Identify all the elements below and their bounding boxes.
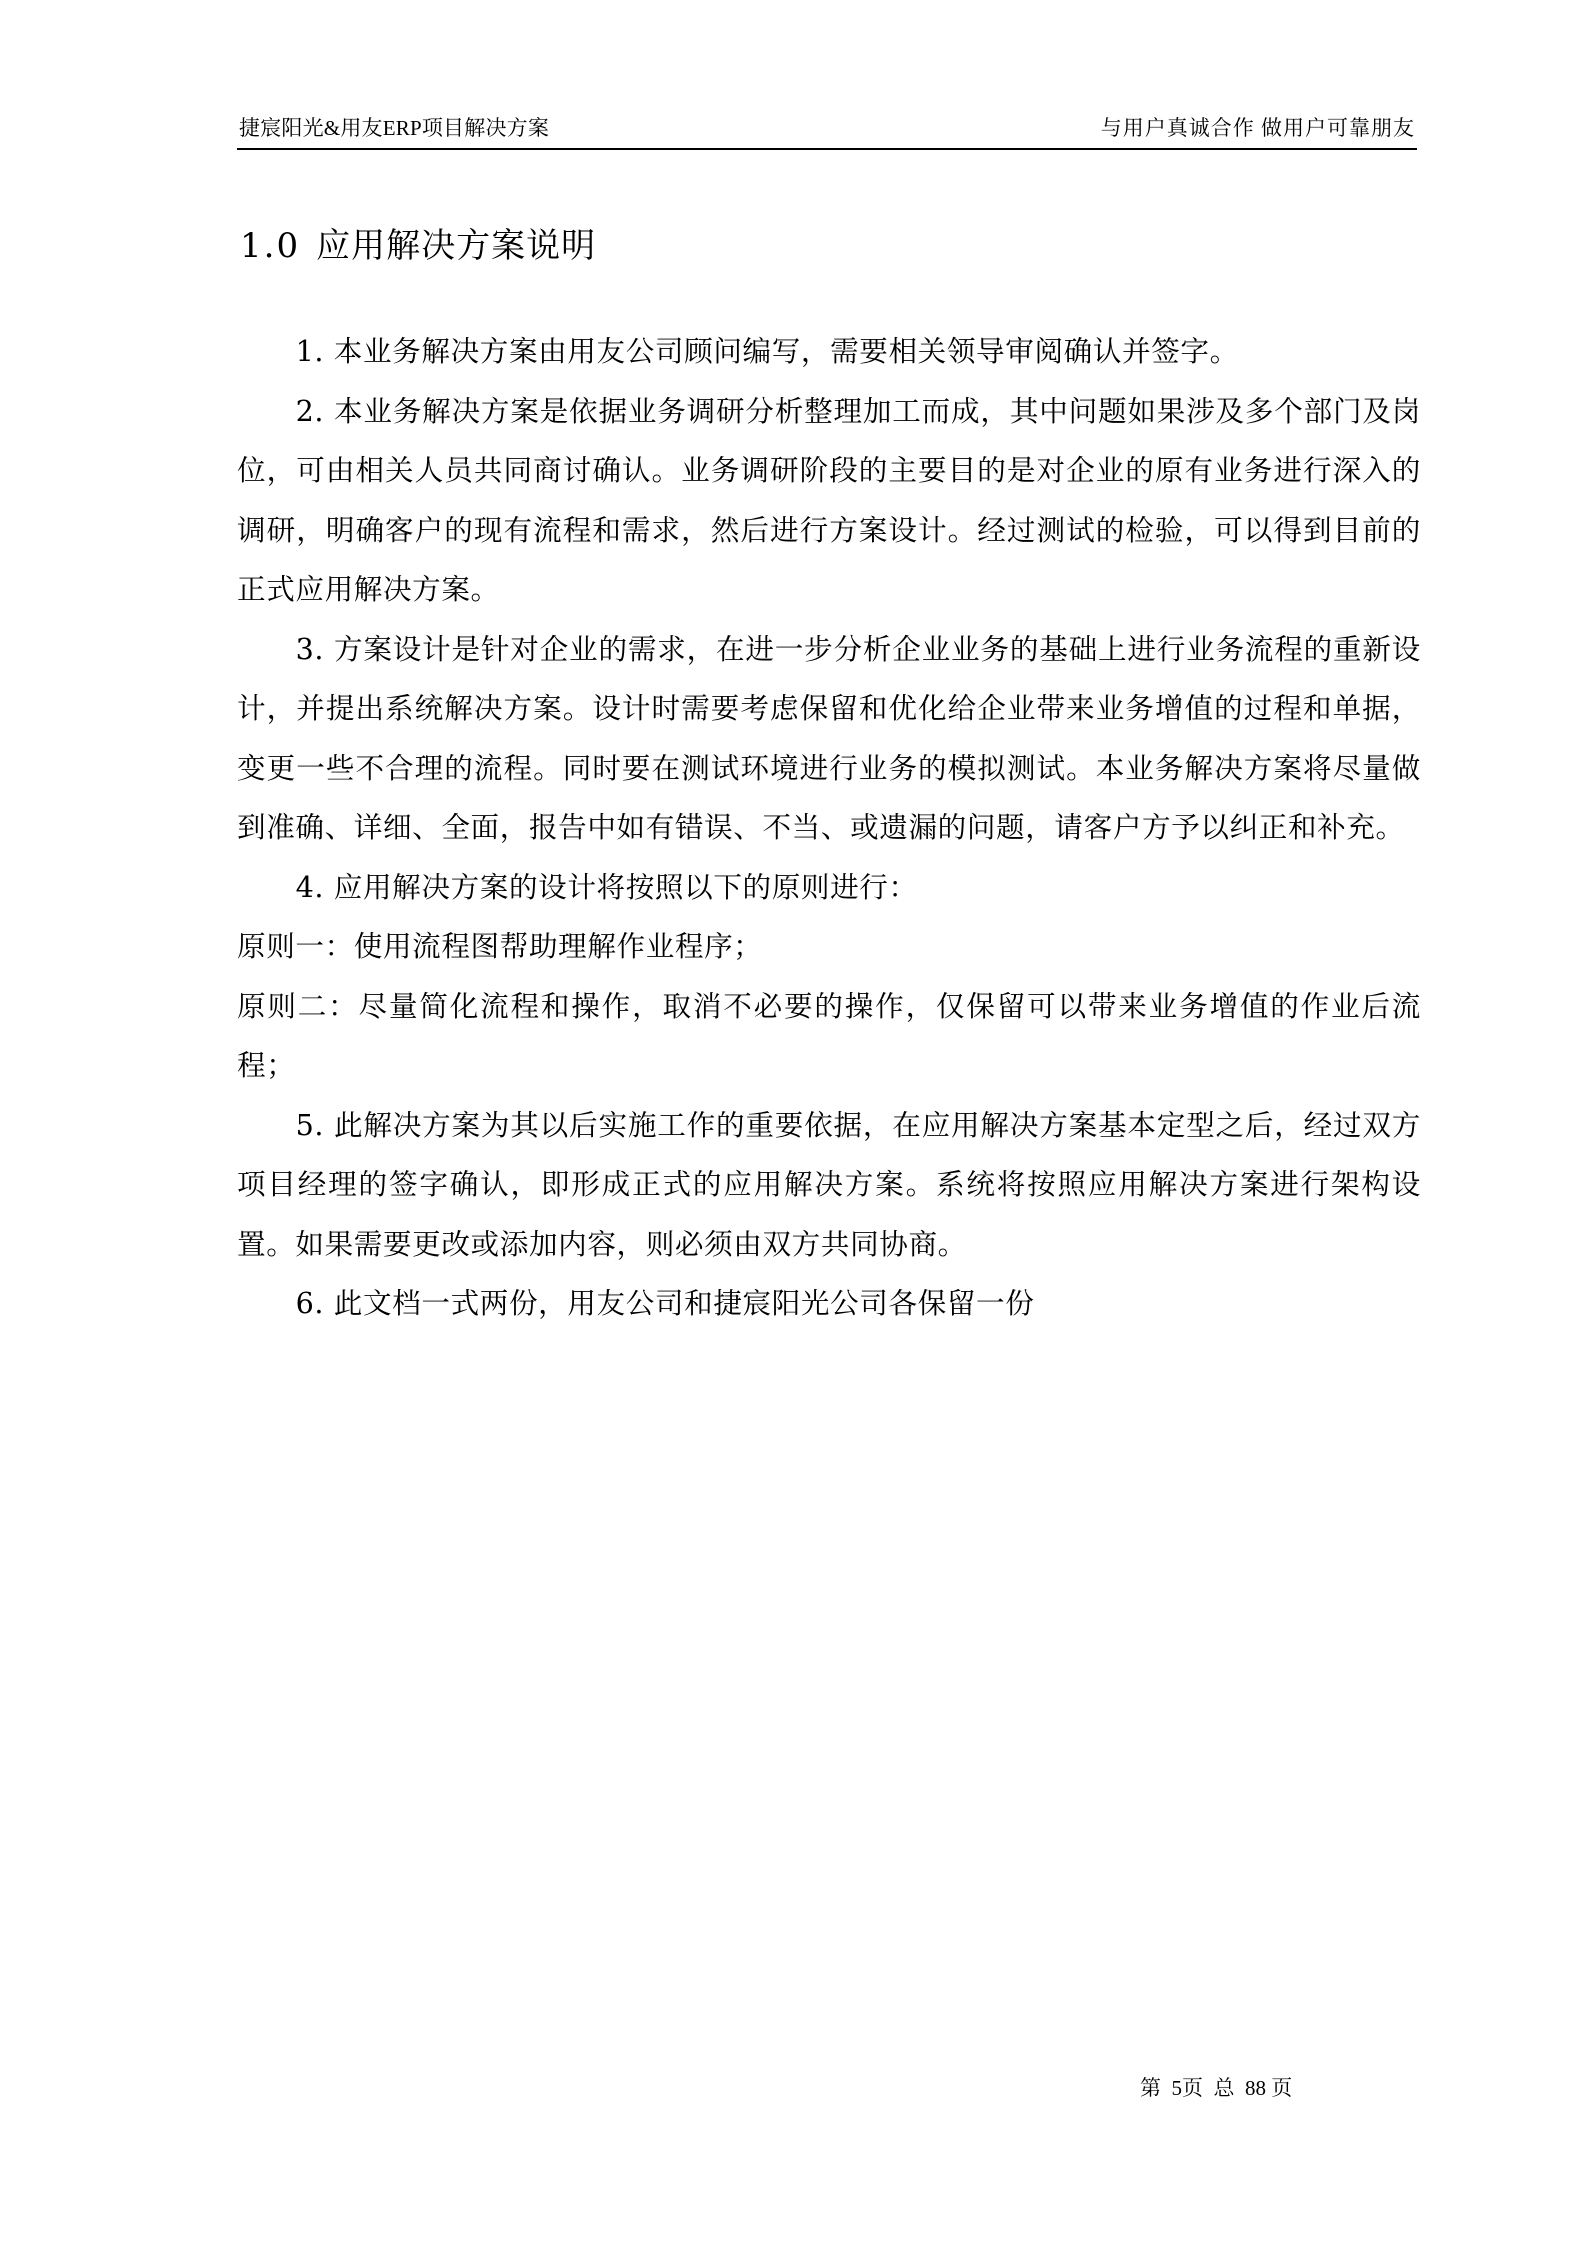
page-header: 捷宸阳光&用友ERP项目解决方案 与用户真诚合作 做用户可靠朋友 xyxy=(237,108,1417,150)
paragraph-5: 5. 此解决方案为其以后实施工作的重要依据，在应用解决方案基本定型之后，经过双方… xyxy=(237,1096,1421,1275)
section-heading: 1.0应用解决方案说明 xyxy=(240,222,596,270)
section-number: 1.0 xyxy=(240,226,300,266)
page-number: 第 5页 总 88 页 xyxy=(1140,2073,1292,2103)
paragraph-6: 6. 此文档一式两份，用友公司和捷宸阳光公司各保留一份 xyxy=(237,1274,1421,1334)
paragraph-3: 3. 方案设计是针对企业的需求，在进一步分析企业业务的基础上进行业务流程的重新设… xyxy=(237,620,1421,858)
header-slogan: 与用户真诚合作 做用户可靠朋友 xyxy=(1101,112,1415,144)
principle-1: 原则一：使用流程图帮助理解作业程序； xyxy=(237,917,1421,977)
paragraph-1: 1. 本业务解决方案由用友公司顾问编写，需要相关领导审阅确认并签字。 xyxy=(237,322,1421,382)
body-text: 1. 本业务解决方案由用友公司顾问编写，需要相关领导审阅确认并签字。 2. 本业… xyxy=(237,322,1421,1334)
principle-2: 原则二：尽量简化流程和操作，取消不必要的操作，仅保留可以带来业务增值的作业后流程… xyxy=(237,977,1421,1096)
paragraph-4: 4. 应用解决方案的设计将按照以下的原则进行： xyxy=(237,858,1421,918)
section-title: 应用解决方案说明 xyxy=(316,226,596,266)
header-document-title: 捷宸阳光&用友ERP项目解决方案 xyxy=(239,112,549,144)
paragraph-2: 2. 本业务解决方案是依据业务调研分析整理加工而成，其中问题如果涉及多个部门及岗… xyxy=(237,382,1421,620)
